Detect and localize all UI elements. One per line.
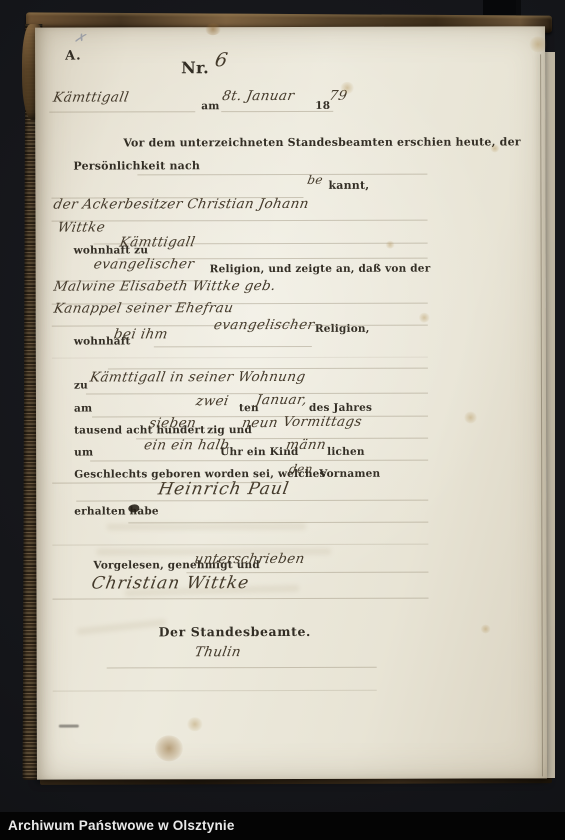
- hand-mother-line1: Malwine Elisabeth Wittke geb.: [53, 280, 277, 294]
- paper-stain: [481, 624, 491, 633]
- form-rule-line: [52, 220, 428, 222]
- form-rule-line: [52, 357, 428, 359]
- hand-bekannt-prefix: be: [306, 174, 324, 186]
- paper-stain: [464, 412, 477, 424]
- form-rule-line: [154, 346, 312, 347]
- hand-gender: männ: [285, 439, 327, 453]
- paper-stain: [205, 23, 221, 35]
- archive-photo-canvas: ✗ A. Nr. 6 Kämttigall am 8t. Januar 18 7…: [0, 0, 565, 840]
- paper-stain: [187, 717, 203, 731]
- form-zu: zu: [74, 381, 88, 392]
- hand-religion1: evangelischer: [92, 258, 195, 272]
- hand-residence2: bei ihm: [113, 328, 169, 342]
- paper-stain: [340, 82, 354, 94]
- record-number-value: 6: [213, 51, 229, 70]
- form-am2: am: [74, 404, 92, 415]
- page-fold-line: [540, 54, 543, 776]
- form-rule-line: [118, 258, 428, 260]
- pencil-check-mark: ✗: [72, 32, 89, 46]
- hand-birth-place: Kämttigall in seiner Wohnung: [89, 371, 307, 385]
- archive-name-label: Archiwum Państwowe w Olsztynie: [8, 818, 235, 833]
- form-rule-line: [136, 438, 428, 440]
- form-religion-zeigte: Religion, und zeigte an, daß von der: [210, 264, 431, 275]
- ink-blot: [128, 504, 139, 512]
- form-intro-line: Vor dem unterzeichneten Standesbeamten e…: [123, 136, 520, 148]
- hand-birth-hour: ein ein halb: [143, 439, 230, 453]
- form-rule-line: [137, 174, 427, 176]
- pencil-smudge: [59, 725, 79, 728]
- hand-daytime: Vormittags: [282, 416, 363, 430]
- form-vornamen: Vornamen: [319, 469, 380, 480]
- document-page: ✗ A. Nr. 6 Kämttigall am 8t. Januar 18 7…: [35, 26, 547, 779]
- paper-stain: [529, 36, 547, 52]
- registrar-signature: Thulin: [193, 646, 241, 660]
- hand-year-tens: sieben: [148, 417, 197, 431]
- hand-declarant-line1: der Ackerbesitzer Christian Johann: [52, 198, 310, 212]
- record-number-label: Nr.: [181, 60, 209, 76]
- form-erhalten-habe: erhalten habe: [74, 506, 159, 517]
- form-corner-letter: A.: [65, 50, 82, 63]
- paper-stain: [155, 735, 183, 761]
- form-rule-line: [90, 460, 428, 462]
- hand-article: den: [288, 463, 314, 475]
- form-rule-line: [52, 303, 428, 305]
- form-rule-line: [52, 544, 428, 546]
- form-um: um: [74, 448, 93, 459]
- form-lichen: lichen: [327, 447, 365, 458]
- hand-birth-month: Januar,: [255, 394, 308, 408]
- form-standesbeamte: Der Standesbeamte.: [159, 626, 311, 639]
- archive-caption-bar: Archiwum Państwowe w Olsztynie: [0, 812, 565, 840]
- form-des-jahres: des Jahres: [309, 403, 372, 414]
- form-rule-line: [49, 111, 195, 112]
- hand-child-name: Heinrich Paul: [157, 481, 291, 498]
- form-rule-line: [53, 598, 429, 600]
- bleed-through-mark: [76, 619, 166, 636]
- bleed-through-mark: [96, 548, 331, 556]
- dateline-date: 8t. Januar: [221, 90, 295, 104]
- form-rule-line: [76, 500, 428, 502]
- form-rule-line: [186, 572, 428, 574]
- hand-year-ones: neun: [241, 417, 279, 431]
- form-bekannt-suffix: kannt,: [328, 180, 369, 191]
- paper-stain: [386, 241, 395, 249]
- bleed-through-mark: [106, 523, 306, 531]
- background-object: [483, 0, 519, 15]
- dateline-place: Kämttigall: [52, 91, 130, 105]
- dateline-am-label: am: [201, 101, 219, 112]
- form-rule-line: [221, 111, 333, 112]
- form-rule-line: [94, 243, 428, 245]
- form-rule-line: [107, 667, 377, 669]
- paper-stain: [419, 313, 430, 323]
- hand-declarant-line2: Wittke: [56, 221, 106, 235]
- form-persoenlichkeit: Persönlichkeit nach: [73, 160, 200, 171]
- hand-birth-day: zwei: [195, 395, 230, 409]
- form-rule-line: [53, 690, 377, 692]
- paper-stain: [490, 144, 499, 152]
